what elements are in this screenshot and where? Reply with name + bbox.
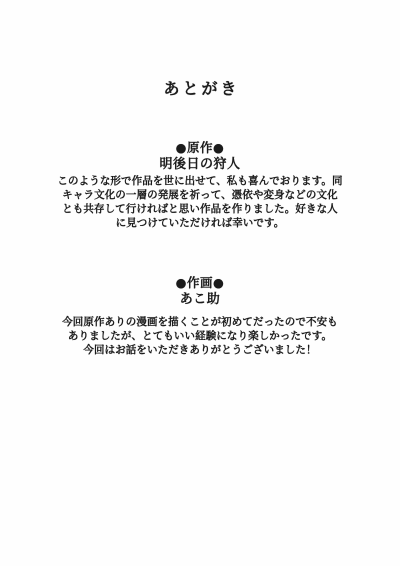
paragraph-line: キャラ文化の一層の発展を祈って、憑依や変身などの文化 [0, 188, 400, 202]
paragraph-line: とも共存して行ければと思い作品を作りました。好きな人 [0, 202, 400, 216]
paragraph-line: このような形で作品を世に出せて、私も喜んでおります。同 [0, 174, 400, 188]
original-story-author-name: 明後日の狩人 [0, 153, 400, 172]
paragraph-line: ありましたが、とてもいい経験になり楽しかったです。 [0, 329, 400, 343]
page-title: あとがき [0, 76, 400, 99]
art-author-name: あこ助 [0, 288, 400, 307]
art-comment: 今回原作ありの漫画を描くことが初めてだったので不安も ありましたが、とてもいい経… [0, 315, 400, 357]
paragraph-line: 今回はお話をいただきありがとうございました！ [0, 343, 400, 357]
paragraph-line: 今回原作ありの漫画を描くことが初めてだったので不安も [0, 315, 400, 329]
afterword-page: あとがき ●原作● 明後日の狩人 このような形で作品を世に出せて、私も喜んでおり… [0, 0, 400, 566]
original-story-comment: このような形で作品を世に出せて、私も喜んでおります。同 キャラ文化の一層の発展を… [0, 174, 400, 230]
paragraph-line: に見つけていただければ幸いです。 [0, 216, 400, 230]
